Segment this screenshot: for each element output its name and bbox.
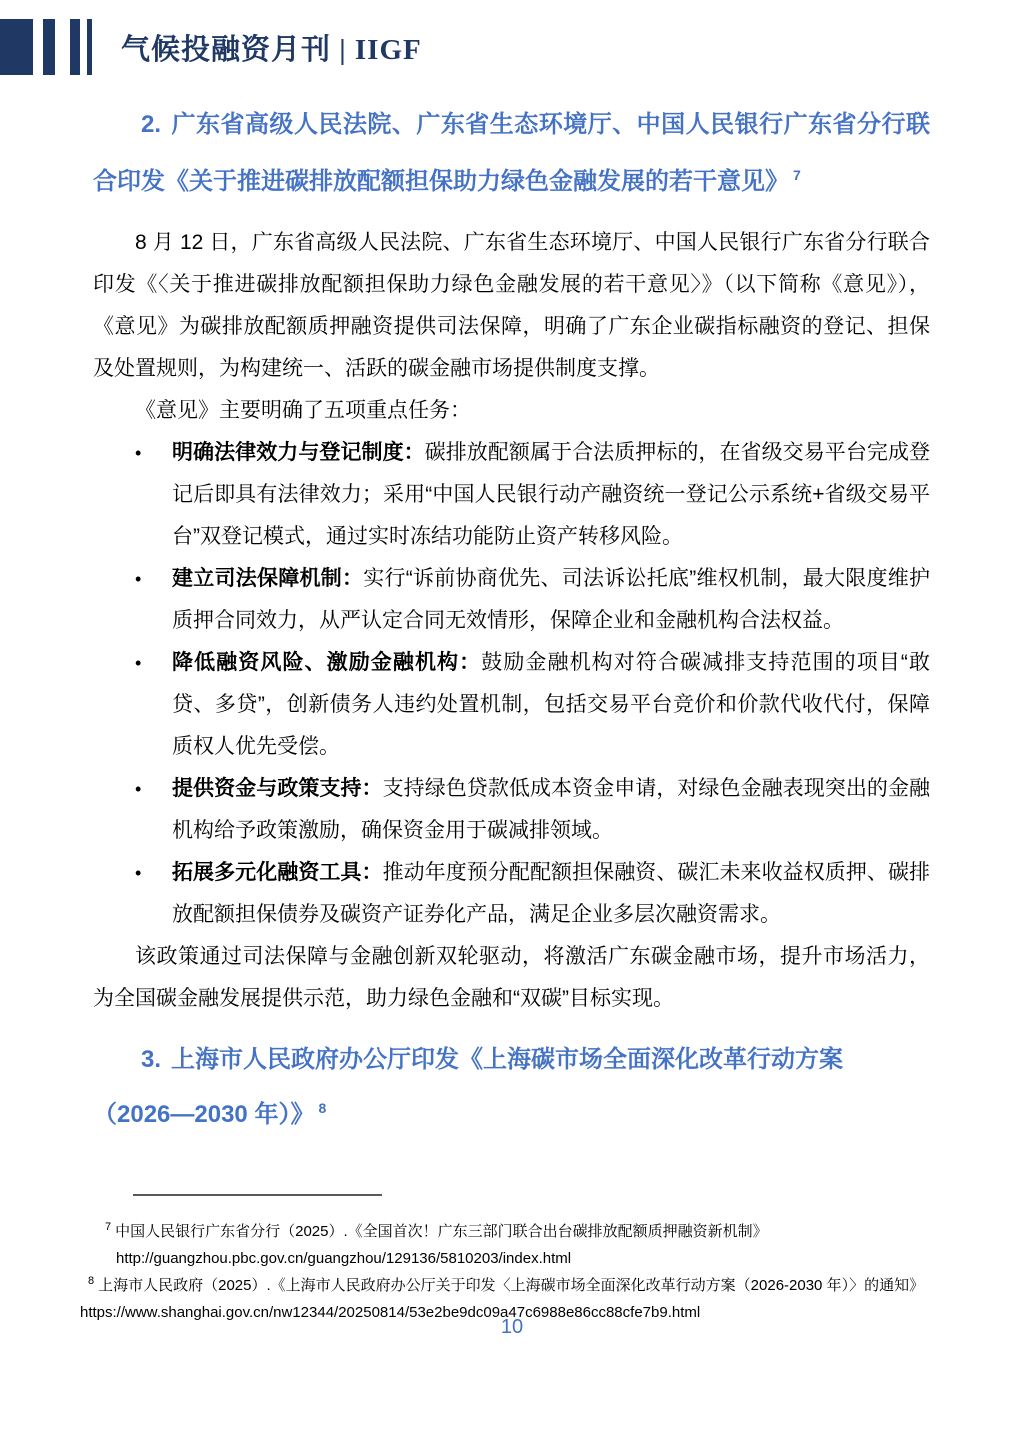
task-item-3-label: 降低融资风险、激励金融机构：	[172, 651, 481, 674]
task-item-4-label: 提供资金与政策支持：	[172, 777, 383, 800]
bullet-icon: •	[135, 642, 141, 684]
task-list: •明确法律效力与登记制度：碳排放配额属于合法质押标的，在省级交易平台完成登记后即…	[93, 432, 930, 936]
section-2-heading: 2.广东省高级人民法院、广东省生态环境厅、中国人民银行广东省分行联 合印发《关于…	[93, 96, 930, 210]
document-page: 气候投融资月刊 | IIGF 2.广东省高级人民法院、广东省生态环境厅、中国人民…	[0, 0, 1024, 1447]
footnote-7-marker: 7	[105, 1221, 111, 1233]
section-2-title-line2: 合印发《关于推进碳排放配额担保助力绿色金融发展的若干意见》	[93, 168, 789, 195]
bullet-icon: •	[135, 852, 141, 894]
task-item-2-label: 建立司法保障机制：	[172, 567, 363, 590]
footnote-separator	[133, 1194, 382, 1196]
page-content: 2.广东省高级人民法院、广东省生态环境厅、中国人民银行广东省分行联 合印发《关于…	[0, 0, 1024, 1142]
section-2-number: 2.	[141, 111, 161, 138]
section-3-heading-line1: 3.上海市人民政府办公厅印发《上海碳市场全面深化改革行动方案	[93, 1032, 930, 1087]
section-2-heading-line1: 2.广东省高级人民法院、广东省生态环境厅、中国人民银行广东省分行联	[93, 96, 930, 153]
page-number: 10	[0, 1316, 1024, 1339]
task-item-5: •拓展多元化融资工具：推动年度预分配配额担保融资、碳汇未来收益权质押、碳排放配额…	[93, 852, 930, 936]
closing-paragraph: 该政策通过司法保障与金融创新双轮驱动，将激活广东碳金融市场，提升市场活力，为全国…	[93, 936, 930, 1020]
task-item-1: •明确法律效力与登记制度：碳排放配额属于合法质押标的，在省级交易平台完成登记后即…	[93, 432, 930, 558]
footnote-7: 7中国人民银行广东省分行（2025）.《全国首次！广东三部门联合出台碳排放配额质…	[80, 1218, 930, 1272]
footnote-8-text: 上海市人民政府（2025）.《上海市人民政府办公厅关于印发〈上海碳市场全面深化改…	[98, 1277, 924, 1294]
task-item-1-label: 明确法律效力与登记制度：	[172, 441, 425, 464]
task-item-5-label: 拓展多元化融资工具：	[172, 861, 383, 884]
footnote-ref-7: 7	[793, 167, 801, 183]
section-3-number: 3.	[141, 1046, 161, 1073]
footnote-8-marker: 8	[88, 1275, 94, 1287]
task-item-3: •降低融资风险、激励金融机构：鼓励金融机构对符合碳减排支持范围的项目“敢贷、多贷…	[93, 642, 930, 768]
section-2-title-line1: 广东省高级人民法院、广东省生态环境厅、中国人民银行广东省分行联	[171, 111, 930, 138]
section-3-heading-line2: （2026—2030 年）》8	[93, 1087, 930, 1142]
intro-paragraph: 8 月 12 日，广东省高级人民法院、广东省生态环境厅、中国人民银行广东省分行联…	[93, 222, 930, 390]
section-2-heading-line2: 合印发《关于推进碳排放配额担保助力绿色金融发展的若干意见》7	[93, 153, 930, 210]
task-item-4: •提供资金与政策支持：支持绿色贷款低成本资金申请，对绿色金融表现突出的金融机构给…	[93, 768, 930, 852]
task-item-2: •建立司法保障机制：实行“诉前协商优先、司法诉讼托底”维权机制，最大限度维护质押…	[93, 558, 930, 642]
footnote-8-text-line: 8上海市人民政府（2025）.《上海市人民政府办公厅关于印发〈上海碳市场全面深化…	[88, 1272, 930, 1299]
bullet-icon: •	[135, 558, 141, 600]
footnote-7-text-line: 7中国人民银行广东省分行（2025）.《全国首次！广东三部门联合出台碳排放配额质…	[105, 1218, 930, 1245]
lead-paragraph: 《意见》主要明确了五项重点任务：	[93, 390, 930, 432]
footnote-7-text: 中国人民银行广东省分行（2025）.《全国首次！广东三部门联合出台碳排放配额质押…	[115, 1223, 768, 1240]
footnote-7-url: http://guangzhou.pbc.gov.cn/guangzhou/12…	[105, 1245, 930, 1272]
section-3-title-line2: （2026—2030 年）》	[93, 1101, 314, 1128]
footnote-ref-8: 8	[318, 1100, 326, 1116]
bullet-icon: •	[135, 768, 141, 810]
bullet-icon: •	[135, 432, 141, 474]
footnotes-section: 7中国人民银行广东省分行（2025）.《全国首次！广东三部门联合出台碳排放配额质…	[0, 1142, 1024, 1326]
section-3-heading: 3.上海市人民政府办公厅印发《上海碳市场全面深化改革行动方案 （2026—203…	[93, 1032, 930, 1142]
section-3-title-line1: 上海市人民政府办公厅印发《上海碳市场全面深化改革行动方案	[171, 1046, 843, 1073]
